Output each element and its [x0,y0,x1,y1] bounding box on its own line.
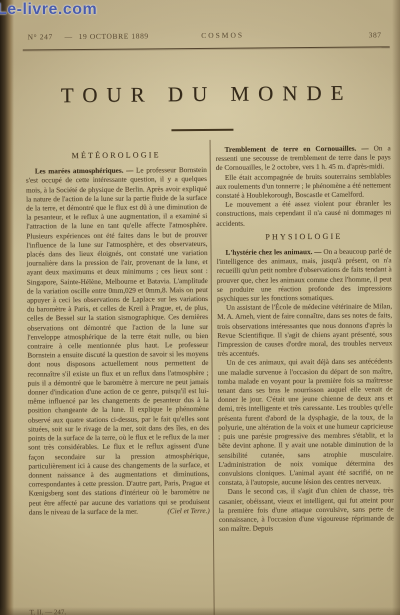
page-title: TOUR DU MONDE [23,80,390,108]
section-heading-physiologie: PHYSIOLOGIE [216,231,391,242]
article-hysterie-para2: Un assistant de l'École de médecine vété… [217,303,392,360]
scan-edge-left [0,0,14,615]
article-hysterie-para3: Un de ces animaux, qui avait déjà dans s… [217,358,393,488]
article-hysterie-para4: Dans le second cas, il s'agit d'un chien… [219,487,394,535]
article-body: Le professeur Bornstein s'est occupé de … [26,166,210,516]
masthead: N° 247 — 19 OCTOBRE 1889 COSMOS 387 [23,29,390,46]
left-column: MÉTÉOROLOGIE Les marées atmosphériques. … [26,146,211,615]
page-number: 387 [369,30,382,39]
issue-date: 19 OCTOBRE 1889 [79,31,149,41]
scanned-journal-page: Le-livre.com N° 247 — 19 OCTOBRE 1889 CO… [0,0,400,615]
masthead-rule [23,46,390,50]
title-rule [171,129,233,132]
article-hysterie-para1: L'hystérie chez les animaux. — On a beau… [216,247,391,304]
article-tremblement-para2: Elle était accompagnée de bruits souterr… [216,172,391,201]
scan-edge-right [392,0,400,615]
article-lead: L'hystérie chez les animaux. — [225,248,321,257]
journal-name: COSMOS [173,30,273,40]
article-tremblement-para1: Tremblement de terre en Cornouailles. — … [216,144,391,173]
article-marees-atmospheriques: Les marées atmosphériques. — Le professe… [26,166,210,517]
article-tremblement-para3: Le mouvement a été assez violent pour éb… [216,200,391,229]
article-lead: Les marées atmosphériques. — [35,167,134,176]
masthead-dash: — [65,32,73,41]
article-lead: Tremblement de terre en Cornouailles. — [225,145,369,154]
section-heading-meteorologie: MÉTÉOROLOGIE [26,150,207,161]
column-divider [210,140,215,615]
scan-edge-bottom [0,607,400,615]
right-column: Tremblement de terre en Cornouailles. — … [216,144,395,615]
paper-sheet: N° 247 — 19 OCTOBRE 1889 COSMOS 387 TOUR… [0,0,400,615]
watermark-le-livre: Le-livre.com [0,1,97,19]
issue-number: N° 247 [28,32,53,41]
